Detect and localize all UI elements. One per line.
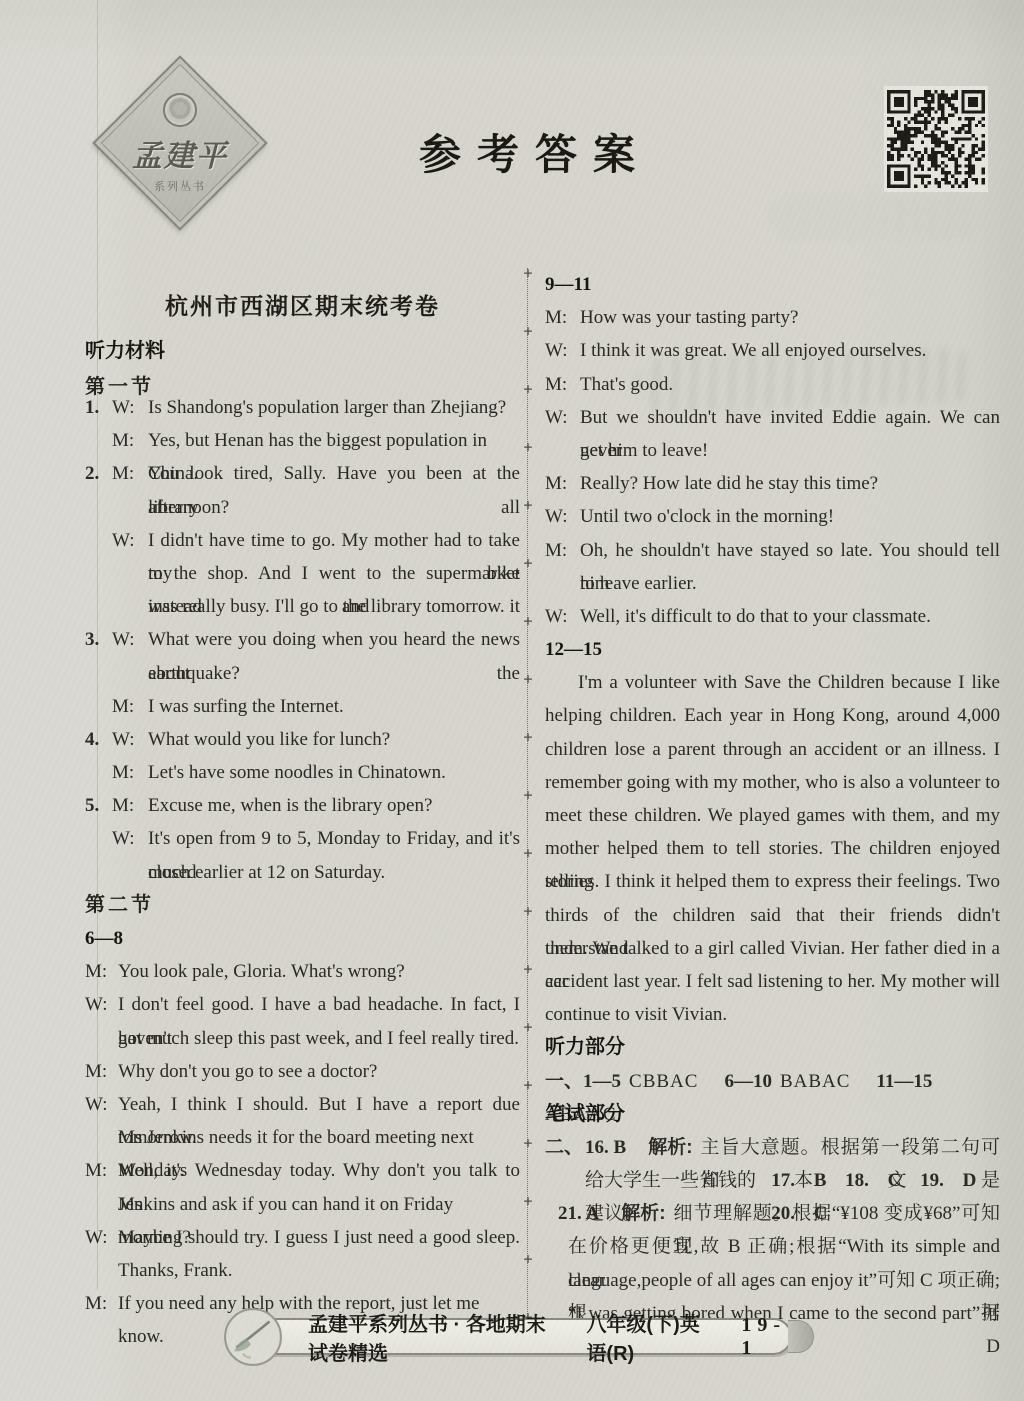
dialog-line: W:I don't feel good. I have a bad headac… xyxy=(85,988,520,1021)
speaker-label: M: xyxy=(545,534,567,567)
item-number: 5. xyxy=(85,789,99,822)
dialog-line: Ms Jenkins needs it for the board meetin… xyxy=(85,1121,520,1154)
passage-line: continue to visit Vivian. xyxy=(545,998,1000,1031)
dialog-line: M:How was your tasting party? xyxy=(545,301,1000,334)
passage-line: them. We talked to a girl called Vivian.… xyxy=(545,932,1000,965)
dialog-line: 2.M:You look tired, Sally. Have you been… xyxy=(85,457,520,490)
dialog-line: W:But we shouldn't have invited Eddie ag… xyxy=(545,401,1000,434)
listening-section-heading: 听力部分 xyxy=(545,1031,1000,1064)
dialog-line: W:I think it was great. We all enjoyed o… xyxy=(545,334,1000,367)
speaker-label: W: xyxy=(545,401,568,434)
answer-explanation-line: 在价格更便宜,故 B 正确;根据“With its simple and cle… xyxy=(545,1230,1000,1263)
dialog-text: get him to leave! xyxy=(580,434,1000,467)
dialog-line: M:You look pale, Gloria. What's wrong? xyxy=(85,955,520,988)
dialog-line: W:Yeah, I think I should. But I have a r… xyxy=(85,1088,520,1121)
passage-line: mother helped them to tell stories. The … xyxy=(545,832,1000,865)
dialog-line: M:That's good. xyxy=(545,368,1000,401)
listening-answers-row: 一、1—5CBBAC6—10BABAC11—15ABAAC xyxy=(545,1065,1000,1098)
dialog-text: Let's have some noodles in Chinatown. xyxy=(148,756,520,789)
item-number: 2. xyxy=(85,457,99,490)
answer-explanation-line: 21. A解析:细节理解题。根据“¥108 变成¥68”可知现 xyxy=(545,1197,1000,1230)
passage-line: meet these children. We played games wit… xyxy=(545,799,1000,832)
analysis-label: 解析: xyxy=(648,1131,692,1164)
dialog-line: to leave earlier. xyxy=(545,567,1000,600)
item-number: 3. xyxy=(85,623,99,656)
answer-key: 21. A xyxy=(558,1197,599,1230)
dialog-line: was really busy. I'll go to the library … xyxy=(85,590,520,623)
question-range: 6—8 xyxy=(85,922,520,955)
dialog-line: W:I didn't have time to go. My mother ha… xyxy=(85,524,520,557)
written-section-heading: 笔试部分 xyxy=(545,1098,1000,1131)
answer-keys: 17. B 18. C 19. D 20. C xyxy=(771,1164,1000,1197)
speaker-label: M: xyxy=(545,467,567,500)
footer-leaf-logo-icon xyxy=(222,1306,284,1368)
passage-line: remember going with my mother, who is al… xyxy=(545,766,1000,799)
speaker-label: W: xyxy=(85,988,108,1021)
speaker-label: M: xyxy=(85,955,107,988)
dialog-line: W:Maybe I should try. I guess I just nee… xyxy=(85,1221,520,1254)
speaker-label: W: xyxy=(112,623,135,656)
scanned-answer-page: 孟建平 系列丛书 参考答案 +++++++++++++++++++ 杭州市西湖区… xyxy=(0,0,1024,1401)
dialog-text: afternoon? xyxy=(148,491,520,524)
speaker-label: M: xyxy=(545,368,567,401)
speaker-label: M: xyxy=(112,756,134,789)
speaker-label: M: xyxy=(112,457,134,490)
speaker-label: W: xyxy=(112,723,135,756)
dialog-text: You look pale, Gloria. What's wrong? xyxy=(118,955,520,988)
speaker-label: M: xyxy=(85,1055,107,1088)
cut-line-plusses: +++++++++++++++++++ xyxy=(520,264,536,1366)
dialog-line: M:Yes, but Henan has the biggest populat… xyxy=(85,424,520,457)
section-number: 一、 xyxy=(545,1065,583,1098)
dialog-line: earthquake? xyxy=(85,657,520,690)
answer-explanation-line: language,people of all ages can enjoy it… xyxy=(545,1264,1000,1297)
dialog-line: 1.W:Is Shandong's population larger than… xyxy=(85,391,520,424)
dialog-line: M:Well, it's Wednesday today. Why don't … xyxy=(85,1154,520,1187)
dialog-line: 4.W:What would you like for lunch? xyxy=(85,723,520,756)
footer-series-title: 孟建平系列丛书 · 各地期末试卷精选 xyxy=(308,1308,562,1366)
dialog-text: Why don't you go to see a doctor? xyxy=(118,1055,520,1088)
right-column: 9—11 M:How was your tasting party? W:I t… xyxy=(545,268,1000,1330)
left-column: 1.W:Is Shandong's population larger than… xyxy=(85,391,520,1320)
analysis-label: 解析: xyxy=(621,1197,665,1230)
dialog-text: Excuse me, when is the library open? xyxy=(148,789,520,822)
qr-code xyxy=(884,86,988,192)
speaker-label: M: xyxy=(112,789,134,822)
speaker-label: W: xyxy=(545,334,568,367)
dialog-text: Well, it's difficult to do that to your … xyxy=(580,600,1000,633)
passage-line: helping children. Each year in Hong Kong… xyxy=(545,699,1000,732)
ink-bleed-smudge xyxy=(770,196,980,240)
dialog-text: to leave earlier. xyxy=(580,567,1000,600)
listening-material-heading: 听力材料 xyxy=(85,334,165,363)
dialog-text: Until two o'clock in the morning! xyxy=(580,500,1000,533)
footer-bar: 孟建平系列丛书 · 各地期末试卷精选 八年级(下)英语(R) 19-1 xyxy=(252,1318,792,1355)
footer-edition: 八年级(下)英语(R) xyxy=(586,1308,715,1366)
qr-code-image xyxy=(887,89,985,189)
speaker-label: W: xyxy=(85,1088,108,1121)
dialog-line: afternoon? xyxy=(85,491,520,524)
speaker-label: M: xyxy=(112,424,134,457)
answer-explanation-line: 二、16. B解析:主旨大意题。根据第一段第二句可知本文是 xyxy=(545,1131,1000,1164)
speaker-label: W: xyxy=(85,1221,108,1254)
dialog-text: earthquake? xyxy=(148,657,520,690)
dialog-text: What would you like for lunch? xyxy=(148,723,520,756)
dialog-line: W:It's open from 9 to 5, Monday to Frida… xyxy=(85,822,520,855)
passage-line: accident last year. I felt sad listening… xyxy=(545,965,1000,998)
speaker-label: W: xyxy=(112,391,135,424)
dialog-line: much earlier at 12 on Saturday. xyxy=(85,856,520,889)
dialog-line: W:Until two o'clock in the morning! xyxy=(545,500,1000,533)
column-cut-line: +++++++++++++++++++ xyxy=(527,268,528,1320)
answer-key: 16. B xyxy=(585,1131,626,1164)
dialog-line: to the shop. And I went to the supermark… xyxy=(85,557,520,590)
dialog-text: That's good. xyxy=(580,368,1000,401)
footer-page-code: 19-1 xyxy=(741,1314,790,1360)
speaker-label: M: xyxy=(85,1154,107,1187)
dialog-line: got much sleep this past week, and I fee… xyxy=(85,1022,520,1055)
item-number: 4. xyxy=(85,723,99,756)
dialog-line: M:Let's have some noodles in Chinatown. xyxy=(85,756,520,789)
dialog-text: much earlier at 12 on Saturday. xyxy=(148,856,520,889)
passage-line: stories. I think it helped them to expre… xyxy=(545,865,1000,898)
dialog-text: Maybe I should try. I guess I just need … xyxy=(118,1221,520,1254)
dialog-line: 3.W:What were you doing when you heard t… xyxy=(85,623,520,656)
speaker-label: W: xyxy=(545,500,568,533)
question-range: 12—15 xyxy=(545,633,1000,666)
dialog-text: Really? How late did he stay this time? xyxy=(580,467,1000,500)
dialog-line: Jenkins and ask if you can hand it on Fr… xyxy=(85,1188,520,1221)
passage-line: I'm a volunteer with Save the Children b… xyxy=(545,666,1000,699)
dialog-line: 5.M:Excuse me, when is the library open? xyxy=(85,789,520,822)
dialog-line: M:Really? How late did he stay this time… xyxy=(545,467,1000,500)
section-number: 二、 xyxy=(545,1131,585,1164)
dialog-line: Thanks, Frank. xyxy=(85,1254,520,1287)
speaker-label: M: xyxy=(112,690,134,723)
dialog-text: Is Shandong's population larger than Zhe… xyxy=(148,391,520,424)
dialog-line: M:Oh, he shouldn't have stayed so late. … xyxy=(545,534,1000,567)
dialog-text: I was surfing the Internet. xyxy=(148,690,520,723)
dialog-line: M:Why don't you go to see a doctor? xyxy=(85,1055,520,1088)
question-range: 9—11 xyxy=(545,268,1000,301)
speaker-label: W: xyxy=(112,524,135,557)
dialog-text: Thanks, Frank. xyxy=(118,1254,520,1287)
passage-line: children lose a parent through an accide… xyxy=(545,733,1000,766)
exam-title: 杭州市西湖区期末统考卷 xyxy=(85,288,520,321)
passage-line: thirds of the children said that their f… xyxy=(545,899,1000,932)
dialog-text: was really busy. I'll go to the library … xyxy=(148,590,520,623)
speaker-label: M: xyxy=(545,301,567,334)
page-title: 参考答案 xyxy=(85,122,985,182)
dialog-text: How was your tasting party? xyxy=(580,301,1000,334)
dialog-line: get him to leave! xyxy=(545,434,1000,467)
dialog-text: got much sleep this past week, and I fee… xyxy=(118,1022,520,1055)
dialog-text: I think it was great. We all enjoyed our… xyxy=(580,334,1000,367)
speaker-label: M: xyxy=(85,1287,107,1320)
item-number: 1. xyxy=(85,391,99,424)
dialog-line: M:I was surfing the Internet. xyxy=(85,690,520,723)
part2-label: 第二节 xyxy=(85,889,520,922)
dialog-line: W:Well, it's difficult to do that to you… xyxy=(545,600,1000,633)
answer-explanation-line: 给大学生一些省钱的建议。17. B 18. C 19. D 20. C xyxy=(585,1164,1000,1197)
speaker-label: W: xyxy=(545,600,568,633)
speaker-label: W: xyxy=(112,822,135,855)
